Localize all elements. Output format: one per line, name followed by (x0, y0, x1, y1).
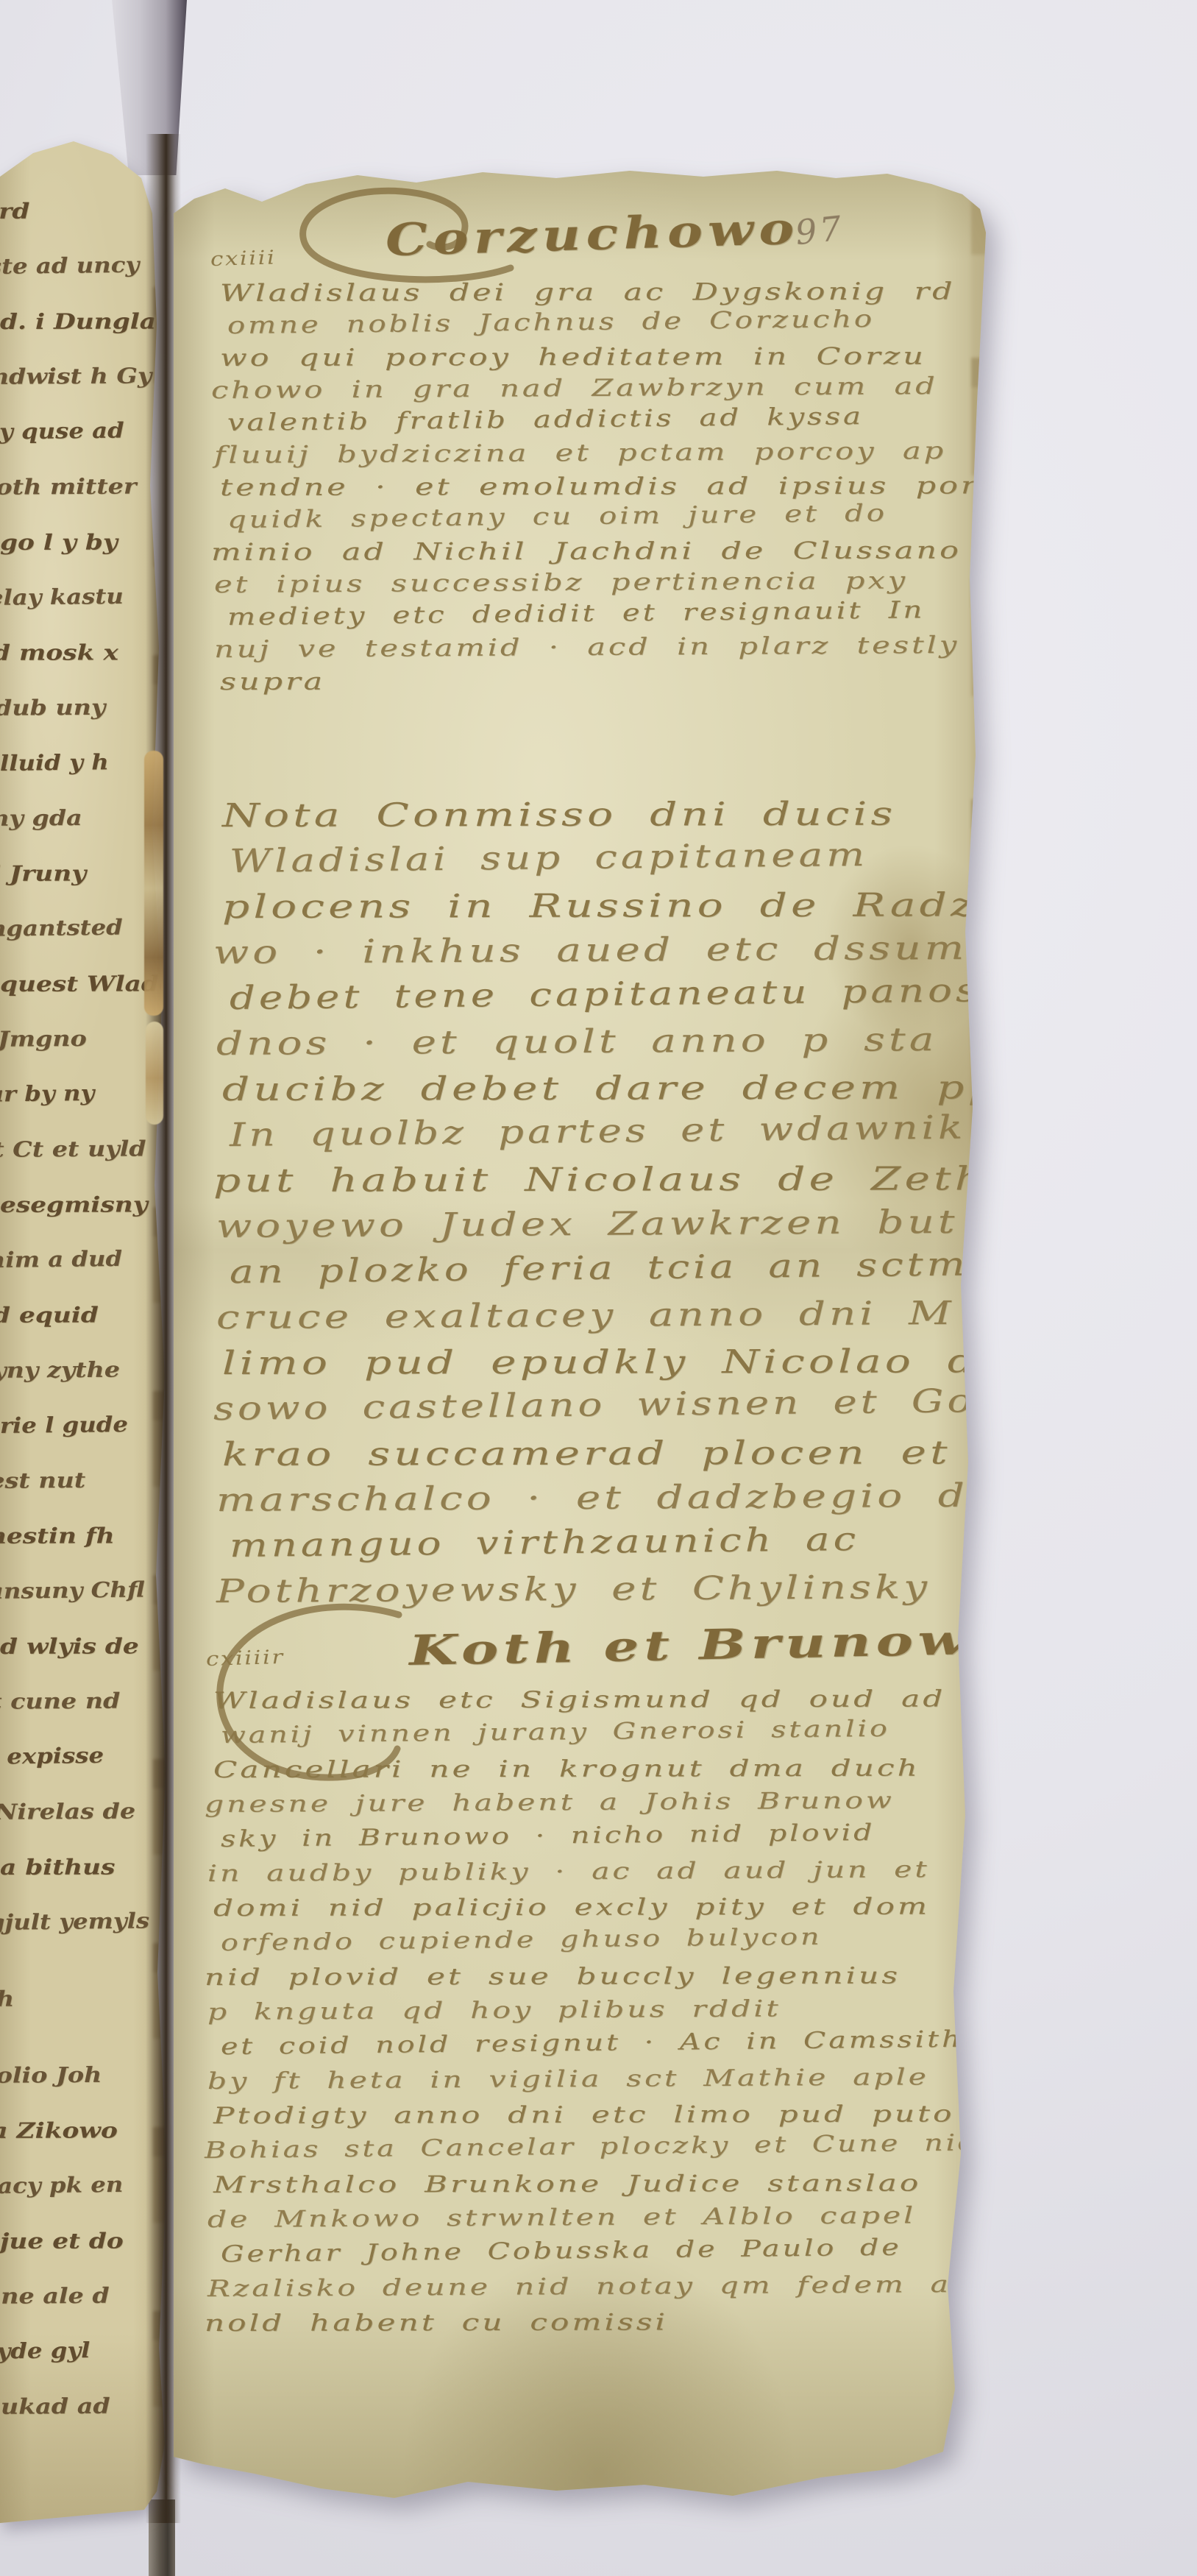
entry-text-koth-brunowo: Wladislaus etc Sigismund qd oud adwanij … (207, 1684, 943, 2341)
script-line: dnos · et quolt anno p sta (216, 1016, 1102, 1067)
script-line: gnesne jure habent a Johis Brunow (205, 1782, 1180, 1822)
entry-heading-corzuchowo: Corzuchowo (385, 203, 800, 266)
script-line: mnanguo virthzaunich ac (229, 1515, 1072, 1569)
entry-text-nota: Nota Conmisso dni ducisWladislai sup cap… (216, 793, 908, 1615)
script-line: wo qui porcoy heditatem in Corzu (220, 339, 1118, 374)
script-line: in audby publiky · ac ad aud jun et (207, 1851, 1179, 1892)
script-line: debet tene capitaneatu panos (229, 967, 1072, 1022)
right-page-wrap: cxiiii Corzuchowo 97 Wladislaus dei gra … (174, 166, 992, 2522)
script-line: krao succamerad plocen et Cune (222, 1430, 1126, 1478)
script-line: Cancellari ne in krognut dma duch (213, 1751, 1197, 1788)
script-line: nuj ve testamid · acd in plarz testly ub (214, 628, 1094, 665)
manuscript-photograph: gardste ad uncyd. i DunglanAndwist h Gyu… (0, 0, 1197, 2576)
script-line: de Mnkowo strwnlten et Alblo capel (207, 2197, 1179, 2237)
script-line: nid plovid et sue buccly legennius (205, 1958, 1197, 1995)
entry-text-corzuchowo: Wladislaus dei gra ac Dygskonig rdomne n… (214, 277, 891, 698)
script-line: put habuit Nicolaus de Zeth (213, 1156, 1129, 1204)
script-line: sowo castellano wisnen et Go (213, 1378, 1076, 1432)
margin-folio-note: cxiiii (210, 247, 277, 271)
script-line: wo · inkhus aued etc dssum (213, 925, 1103, 976)
script-line: by ft heta in vigilia sct Mathie aple (207, 2059, 1179, 2099)
script-line: In quolbz partes et wdawnik (229, 1104, 1072, 1158)
script-line: cruce exaltacey anno dni M (216, 1290, 1102, 1341)
script-line: nold habent cu comissi (205, 2304, 1197, 2341)
script-line: Nota Conmisso dni ducis (222, 791, 1126, 839)
script-line: supra (220, 663, 1118, 698)
script-line: woyewo Judex Zawkrzen but (216, 1199, 1102, 1250)
script-line: plocens in Russino de Radzano (222, 882, 1126, 930)
entry-heading-koth-brunowo: Koth et Brunowo (408, 1615, 1014, 1675)
page-number: 97 (793, 208, 846, 253)
script-line: ducibz debet dare decem ppta (222, 1065, 1126, 1113)
fore-edge-stack (146, 1022, 163, 1125)
right-page: cxiiii Corzuchowo 97 Wladislaus dei gra … (174, 166, 992, 2522)
script-line: minio ad Nichil Jachdni de Clussano (211, 534, 1121, 568)
script-line: p knguta qd hoy plibus rddit (207, 1989, 1179, 2030)
margin-folio-note: cxiiiir (205, 1646, 285, 1671)
script-line: Mrsthalco Brunkone Judice stanslao (213, 2166, 1197, 2203)
script-line: Wladislai sup capitaneam (229, 830, 1072, 885)
right-page-deckle-edge (971, 166, 992, 2522)
script-line: Rzalisko deune nid notay qm fedem a (207, 2266, 1179, 2307)
script-line: limo pud epudkly Nicolao de Cus (222, 1339, 1126, 1387)
script-line: an plozko feria tcia an sctm (229, 1241, 1072, 1295)
script-line: fluuij bydziczina et pctam porcoy ap (214, 434, 1094, 471)
fore-edge-stack (144, 751, 163, 1016)
script-line: marschalco · et dadzbegio de po (216, 1473, 1102, 1524)
